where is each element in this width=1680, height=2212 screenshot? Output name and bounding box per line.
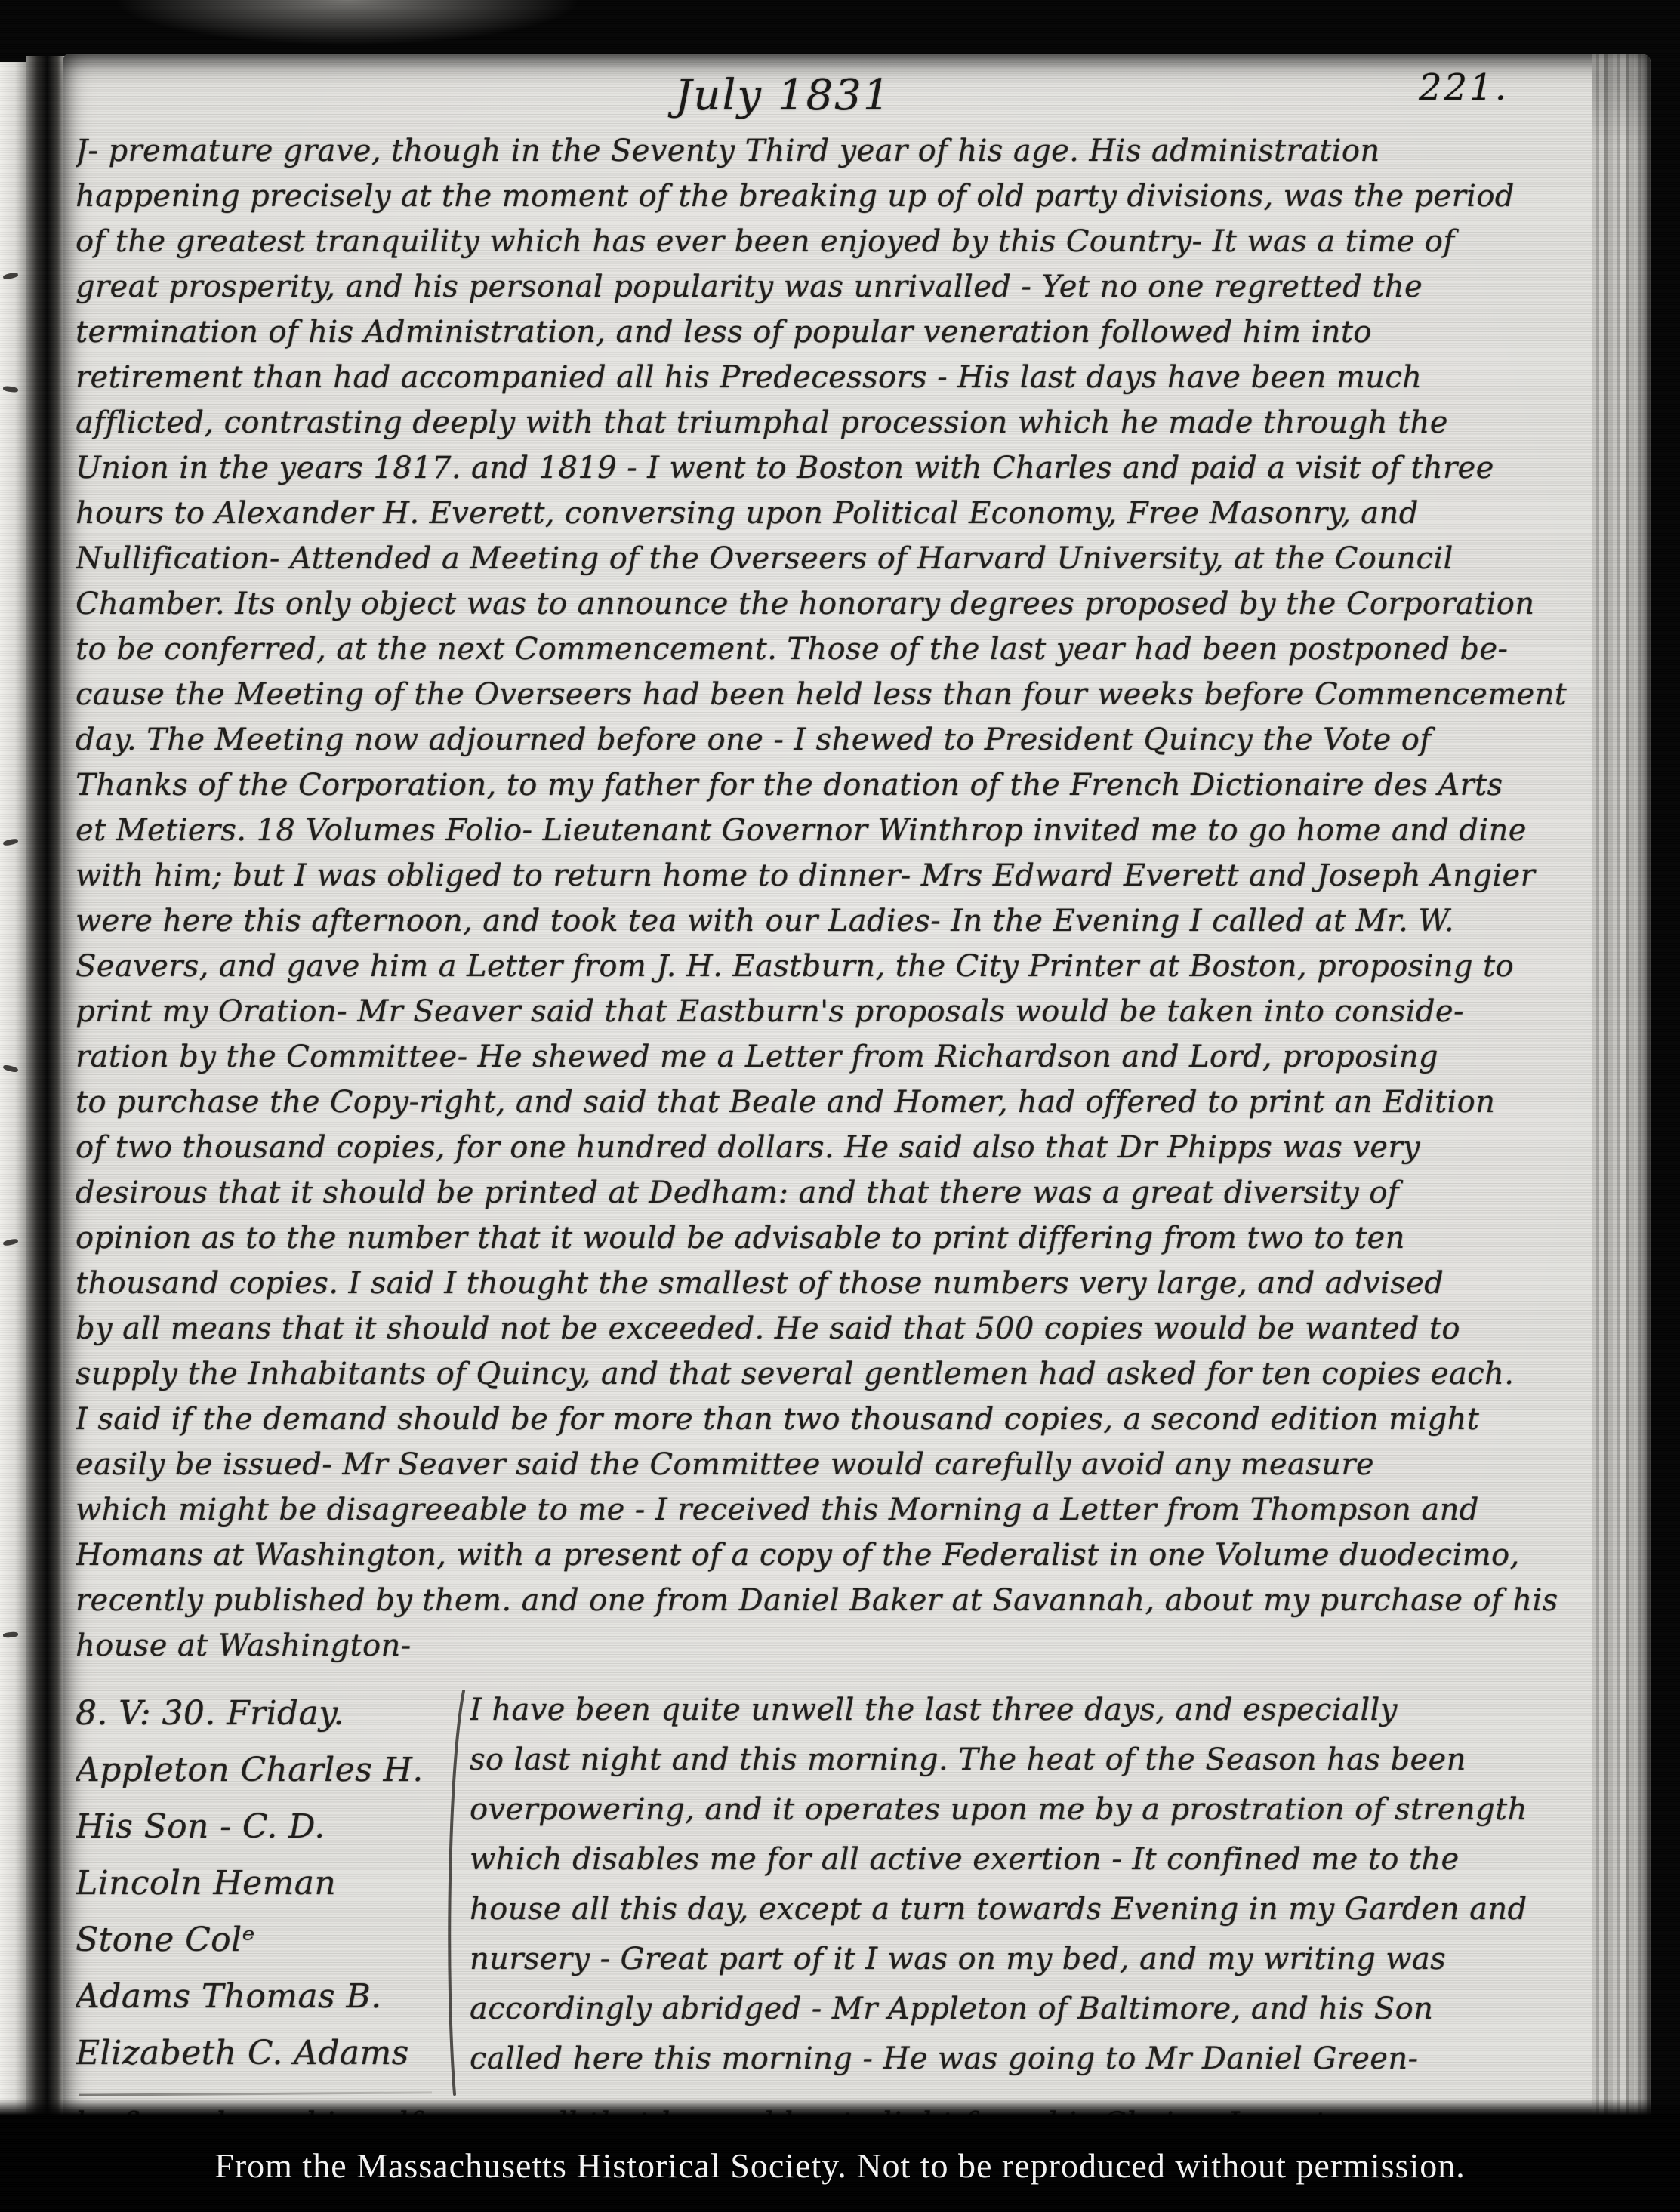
scan-smudge [113,0,581,45]
page-number: 221. [1419,66,1509,109]
manuscript-line: house at Washington- [76,1623,1581,1668]
stray-ink-mark [2,1238,18,1246]
margin-note-line: 8. V: 30. Friday. [76,1685,442,1742]
diary-body-text: J- premature grave, though in the Sevent… [76,128,1581,1668]
margin-note-line: Appleton Charles H. [76,1742,442,1798]
manuscript-line: J- premature grave, though in the Sevent… [76,128,1581,174]
manuscript-line: Union in the years 1817. and 1819 - I we… [76,445,1581,491]
margin-note-line: Adams Thomas B. [76,1968,442,2025]
margin-note-line: Elizabeth C. Adams [76,2025,442,2081]
diary-entry-row: 8. V: 30. Friday.Appleton Charles H.His … [76,1685,1581,2097]
manuscript-line: which might be disagreeable to me - I re… [76,1487,1581,1533]
manuscript-line: of the greatest tranquility which has ev… [76,219,1581,264]
manuscript-line: Chamber. Its only object was to announce… [76,581,1581,627]
margin-notes: 8. V: 30. Friday.Appleton Charles H.His … [76,1685,442,2081]
manuscript-line: cause the Meeting of the Overseers had b… [76,672,1581,717]
entry-line: called here this morning - He was going … [470,2034,1581,2084]
manuscript-line: with him; but I was obliged to return ho… [76,853,1581,898]
manuscript-line: Seavers, and gave him a Letter from J. H… [76,944,1581,989]
entry-line: nursery - Great part of it I was on my b… [470,1934,1581,1984]
credit-line: From the Massachusetts Historical Societ… [214,2146,1466,2186]
manuscript-line: hours to Alexander H. Everett, conversin… [76,491,1581,536]
manuscript-line: I said if the demand should be for more … [76,1397,1581,1442]
entry-line: house all this day, except a turn toward… [470,1884,1581,1934]
entry-line: which disables me for all active exertio… [470,1835,1581,1884]
stray-ink-mark [3,386,19,393]
manuscript-line: ration by the Committee- He shewed me a … [76,1034,1581,1080]
manuscript-line: easily be issued- Mr Seaver said the Com… [76,1442,1581,1487]
manuscript-line: supply the Inhabitants of Quincy, and th… [76,1351,1581,1397]
margin-note-line: Lincoln Heman [76,1855,442,1912]
manuscript-page: July 1831 221. J- premature grave, thoug… [63,54,1651,2120]
stray-ink-mark [2,1064,18,1074]
page-edge-stack [1592,54,1651,2120]
margin-note-line: His Son - C. D. [76,1798,442,1855]
column-divider-brace [442,1690,470,2097]
manuscript-line: to purchase the Copy-right, and said tha… [76,1080,1581,1125]
manuscript-line: great prosperity, and his personal popul… [76,264,1581,310]
manuscript-scan: July 1831 221. J- premature grave, thoug… [0,0,1680,2212]
diary-entry-text: I have been quite unwell the last three … [470,1685,1581,2084]
manuscript-line: desirous that it should be printed at De… [76,1170,1581,1215]
manuscript-line: opinion as to the number that it would b… [76,1215,1581,1261]
entry-line: I have been quite unwell the last three … [470,1685,1581,1735]
manuscript-line: et Metiers. 18 Volumes Folio- Lieutenant… [76,808,1581,853]
entry-line: overpowering, and it operates upon me by… [470,1785,1581,1835]
manuscript-line: recently published by them. and one from… [76,1578,1581,1623]
manuscript-line: day. The Meeting now adjourned before on… [76,717,1581,762]
manuscript-line: thousand copies. I said I thought the sm… [76,1261,1581,1306]
stray-ink-mark [2,272,18,280]
manuscript-line: Nullification- Attended a Meeting of the… [76,536,1581,581]
facing-page-edge [0,62,27,2117]
manuscript-line: of two thousand copies, for one hundred … [76,1125,1581,1170]
stray-ink-mark [3,1631,19,1638]
entry-line: accordingly abridged - Mr Appleton of Ba… [470,1984,1581,2034]
manuscript-line: retirement than had accompanied all his … [76,355,1581,400]
manuscript-line: happening precisely at the moment of the… [76,174,1581,219]
manuscript-line: Thanks of the Corporation, to my father … [76,762,1581,808]
date-heading: July 1831 [675,71,891,120]
manuscript-line: print my Oration- Mr Seaver said that Ea… [76,989,1581,1034]
stray-ink-mark [2,838,18,846]
page-content: July 1831 221. J- premature grave, thoug… [76,65,1581,2112]
manuscript-line: termination of his Administration, and l… [76,310,1581,355]
manuscript-line: by all means that it should not be excee… [76,1306,1581,1351]
gutter-shadow [26,56,65,2120]
notes-underline [79,2091,432,2096]
manuscript-line: Homans at Washington, with a present of … [76,1533,1581,1578]
margin-note-line: Stone Colᵉ [76,1912,442,1968]
entry-line: so last night and this morning. The heat… [470,1735,1581,1785]
page-header: July 1831 221. [76,65,1581,124]
footer-band: From the Massachusetts Historical Societ… [0,2118,1680,2212]
manuscript-line: to be conferred, at the next Commencemen… [76,627,1581,672]
manuscript-line: afflicted, contrasting deeply with that … [76,400,1581,445]
manuscript-line: were here this afternoon, and took tea w… [76,898,1581,944]
